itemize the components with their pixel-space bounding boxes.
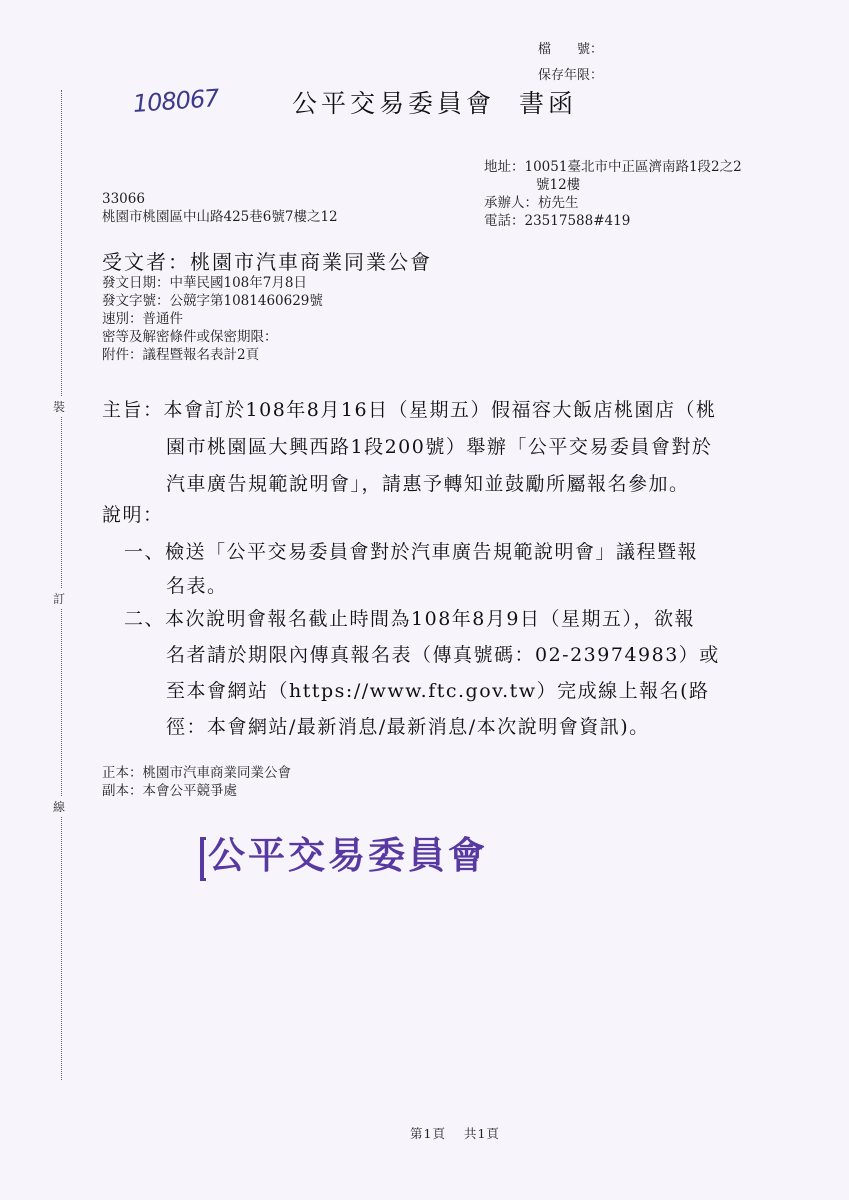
original-label: 正本： [102,765,143,781]
item-line: 名表。 [166,568,228,605]
binding-mark-xian: 線 [53,796,65,817]
field-label: 發文字號： [102,293,170,309]
contact-label: 承辦人： [484,195,538,211]
page-total: 共1頁 [464,1126,500,1141]
field-label: 密等及解密條件或保密期限： [102,329,278,345]
field-issue-date: 發文日期：中華民國108年7月8日 [102,274,323,292]
item-line: 徑：本會網站/最新消息/最新消息/本次說明會資訊)。 [166,709,650,746]
official-stamp: 公平交易委員會 [200,825,488,881]
recipient-address: 桃園市桃園區中山路425巷6號7樓之12 [102,208,338,226]
field-attachment: 附件：議程暨報名表計2頁 [102,346,323,364]
copy-label: 副本： [102,783,143,799]
field-value: 公競字第1081460629號 [170,293,323,309]
field-confidentiality: 密等及解密條件或保密期限： [102,328,323,346]
subject-label: 主旨： [102,399,164,421]
explanation-label: 說明： [102,497,164,534]
sender-info: 地址：10051臺北市中正區濟南路1段2之2 號12樓 承辦人：枋先生 電話：2… [484,158,742,230]
field-value: 中華民國108年7月8日 [170,275,307,291]
agency-name: 公平交易委員會 [292,89,495,118]
postal-code: 33066 [102,190,338,208]
address-label: 地址： [484,159,525,175]
document-type: 書函 [519,89,577,118]
field-urgency: 速別：普通件 [102,310,323,328]
stamp-bracket-icon [200,837,206,881]
stamp-text: 公平交易委員會 [208,833,488,877]
item-line: 本次說明會報名截止時間為108年8月9日（星期五），欲報 [165,608,695,630]
explanation-item-2: 二、本次說明會報名截止時間為108年8月9日（星期五），欲報 [124,601,695,638]
handwritten-note: 108067 [132,84,219,118]
distribution-block: 正本：桃園市汽車商業同業公會 副本：本會公平競爭處 [102,764,291,800]
file-number-label: 檔 號： [538,38,603,57]
item-marker: 二、 [124,608,165,630]
explanation-item-1: 一、檢送「公平交易委員會對於汽車廣告規範說明會」議程暨報 [124,534,698,571]
subject-line: 本會訂於108年8月16日（星期五）假福容大飯店桃園店（桃 [164,399,717,421]
document-fields: 發文日期：中華民國108年7月8日 發文字號：公競字第1081460629號 速… [102,274,323,364]
sender-address-line1: 10051臺北市中正區濟南路1段2之2 [525,159,742,175]
recipient-line: 受文者：桃園市汽車商業同業公會 [102,246,432,275]
subject-line: 園市桃園區大興西路1段200號）舉辦「公平交易委員會對於 [166,429,712,466]
document-title: 公平交易委員會書函 [292,84,577,120]
item-marker: 一、 [124,541,165,563]
binding-line [61,90,62,1080]
field-doc-number: 發文字號：公競字第1081460629號 [102,292,323,310]
field-value: 議程暨報名表計2頁 [143,347,260,363]
page-number: 第1頁 [410,1126,446,1141]
subject-line: 汽車廣告規範說明會」，請惠予轉知並鼓勵所屬報名參加。 [166,466,690,503]
binding-mark-ding: 訂 [53,588,65,609]
recipient-name: 桃園市汽車商業同業公會 [190,250,432,274]
original-value: 桃園市汽車商業同業公會 [143,765,292,781]
field-label: 發文日期： [102,275,170,291]
phone-number: 23517588#419 [525,213,631,229]
field-value: 普通件 [143,311,184,327]
recipient-label: 受文者： [102,250,190,274]
contact-name: 枋先生 [538,195,579,211]
item-line: 名者請於期限內傳真報名表（傳真號碼：02-23974983）或 [166,637,720,674]
copy-value: 本會公平競爭處 [143,783,238,799]
page-footer: 第1頁共1頁 [410,1124,500,1142]
phone-label: 電話： [484,213,525,229]
field-label: 附件： [102,347,143,363]
recipient-address-block: 33066 桃園市桃園區中山路425巷6號7樓之12 [102,190,338,226]
binding-mark-zhuang: 裝 [53,396,65,417]
retention-label: 保存年限： [538,64,603,83]
sender-address-line2: 號12樓 [536,177,580,193]
subject-section: 主旨：本會訂於108年8月16日（星期五）假福容大飯店桃園店（桃 [102,392,717,429]
copy-recipient: 副本：本會公平競爭處 [102,782,291,800]
item-line: 至本會網站（https://www.ftc.gov.tw）完成線上報名(路 [166,673,709,710]
item-line: 檢送「公平交易委員會對於汽車廣告規範說明會」議程暨報 [165,541,698,563]
original-recipient: 正本：桃園市汽車商業同業公會 [102,764,291,782]
field-label: 速別： [102,311,143,327]
